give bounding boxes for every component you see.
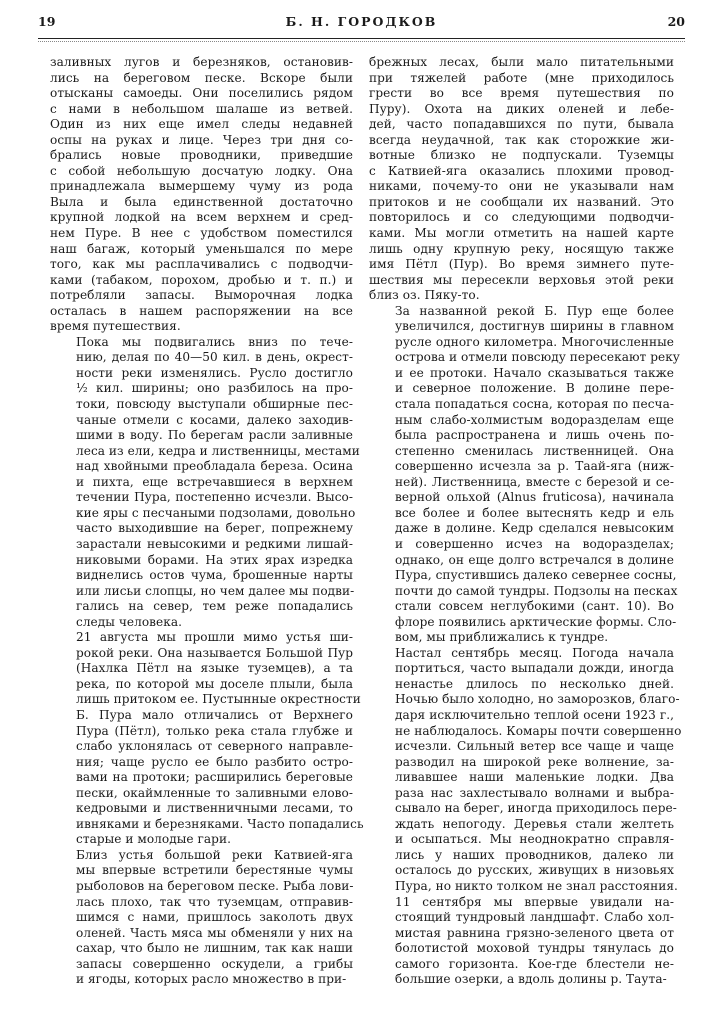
text-line: отысканы самоеды. Они поселились рядом — [50, 86, 353, 102]
text-line: Выла и была единственной достаточно — [50, 195, 353, 211]
text-line: осталось до русских, живущих в низовьях — [369, 863, 674, 879]
text-line: часто выходившие на берег, попрежнему — [50, 521, 353, 537]
text-line: все более и более вытеснять кедр и ель — [369, 506, 674, 522]
text-line: и ягоды, которых расло множество в при- — [50, 972, 353, 988]
text-line: разводил на широкой реке волнение, за- — [369, 755, 674, 771]
text-line: дей, часто попадавшихся по пути, бывала — [369, 117, 674, 133]
text-line: ности реки изменялись. Русло достигло — [50, 366, 353, 382]
text-line: шимся с нами, пришлось заколоть двух — [50, 910, 353, 926]
text-line: совершенно исчезла за р. Таай-яга (ниж- — [369, 459, 674, 475]
text-line: грести во все время путешествия по — [369, 86, 674, 102]
text-line: верной ольхой (Alnus fruticosa), начинал… — [369, 490, 674, 506]
text-line: Б. Пура мало отличались от Верхнего — [50, 708, 353, 724]
text-line: За названной рекой Б. Пур еще более — [369, 304, 674, 320]
text-line: (Нахлка Пётл на языке туземцев), а та — [50, 661, 353, 677]
text-line: брались новые проводники, приведшие — [50, 148, 353, 164]
text-line: даже в долине. Кедр сделался невысоким — [369, 521, 674, 537]
running-header: 19 Б. Н. ГОРОДКОВ 20 — [38, 14, 685, 34]
text-line: ками (табаком, порохом, дробью и т. п.) … — [50, 273, 353, 289]
text-line: крупной лодкой на всем верхнем и сред- — [50, 210, 353, 226]
text-line: запасы совершенно оскудели, а грибы — [50, 957, 353, 973]
text-line: самого горизонта. Кое-где блестели не- — [369, 957, 674, 973]
text-line: не наблюдалось. Комары почти совершенно — [369, 724, 674, 740]
text-line: и пихта, еще встречавшиеся в верхнем — [50, 475, 353, 491]
text-line: вами на протоки; расширились береговые — [50, 770, 353, 786]
text-line: никами, почему-то они не указывали нам — [369, 179, 674, 195]
text-line: ливавшее наши маленькие лодки. Два — [369, 770, 674, 786]
text-line: оленей. Часть мяса мы обменяли у них на — [50, 926, 353, 942]
text-line: вотные близко не подпускали. Туземцы — [369, 148, 674, 164]
paragraph: Близ устья большой реки Катвией-ягамы вп… — [50, 848, 353, 988]
text-line: ния; чаще русло ее было разбито остро- — [50, 755, 353, 771]
text-line: принадлежала вымершему чуму из рода — [50, 179, 353, 195]
text-line: наш багаж, который уменьшался по мере — [50, 242, 353, 258]
text-line: Один из них еще имел следы недавней — [50, 117, 353, 133]
text-line: почти до самой тундры. Подзолы на песках — [369, 584, 674, 600]
text-line: шествия мы пересекли верховья этой реки — [369, 273, 674, 289]
running-title: Б. Н. ГОРОДКОВ — [38, 14, 685, 29]
text-line: леса из ели, кедра и лиственницы, местам… — [50, 444, 353, 460]
text-line: и совершенно исчез на водоразделах; — [369, 537, 674, 553]
text-line: притоков и не сообщали их названий. Это — [369, 195, 674, 211]
text-line: Пура, спустившись далеко севернее сосны, — [369, 568, 674, 584]
text-line: лишь притоком ее. Пустынные окрестности — [50, 692, 353, 708]
text-line: Пуру). Охота на диких оленей и лебе- — [369, 102, 674, 118]
paragraph: 21 августа мы прошли мимо устья ши-рокой… — [50, 630, 353, 848]
text-line: брежных лесах, были мало питательными — [369, 55, 674, 71]
text-line: рыболовов на береговом песке. Рыба лови- — [50, 879, 353, 895]
text-line: с собой небольшую досчатую лодку. Она — [50, 164, 353, 180]
text-line: близ оз. Пяку-то. — [369, 288, 674, 304]
text-line: следы человека. — [50, 615, 353, 631]
text-line: шими в воду. По берегам расли заливные — [50, 428, 353, 444]
text-line: увеличился, достигнув ширины в главном — [369, 319, 674, 335]
text-line: ным слабо-холмистым водоразделам еще — [369, 413, 674, 429]
text-line: ивняками и березняками. Часто попадались — [50, 817, 353, 833]
text-line: имя Пётл (Пур). Во время зимнего путе- — [369, 257, 674, 273]
text-line: и осыпаться. Мы неоднократно справля- — [369, 832, 674, 848]
text-line: заливных лугов и березняков, остановив- — [50, 55, 353, 71]
text-line: при тяжелей работе (мне приходилось — [369, 71, 674, 87]
text-line: с Катвией-яга оказались плохими провод- — [369, 164, 674, 180]
text-line: рокой реки. Она называется Большой Пур — [50, 646, 353, 662]
text-line: виднелись остов чума, брошенные нарты — [50, 568, 353, 584]
text-line: степенно сменилась лиственницей. Она — [369, 444, 674, 460]
paragraph: 11 сентября мы впервые увидали на-стоящи… — [369, 895, 674, 988]
text-line: вом, мы приближались к тундре. — [369, 630, 674, 646]
text-line: Пока мы подвигались вниз по тече- — [50, 335, 353, 351]
text-line: чаные отмели с косами, далеко заходив- — [50, 413, 353, 429]
text-line: Настал сентябрь месяц. Погода начала — [369, 646, 674, 662]
right-column: брежных лесах, были мало питательнымипри… — [369, 55, 674, 988]
text-line: река, по которой мы доселе плыли, была — [50, 677, 353, 693]
text-line: 11 сентября мы впервые увидали на- — [369, 895, 674, 911]
page-number-right: 20 — [668, 14, 685, 29]
text-line: мы впервые встретили берестяные чумы — [50, 863, 353, 879]
text-line: того, как мы расплачивались с подводчи- — [50, 257, 353, 273]
text-line: ненастье длилось по несколько дней. — [369, 677, 674, 693]
text-line: сахар, что было не лишним, так как наши — [50, 941, 353, 957]
text-line: всегда неудачной, так как сторожкие жи- — [369, 133, 674, 149]
text-line: ней). Лиственница, вместе с березой и се… — [369, 475, 674, 491]
text-line: лишь одну крупную реку, носящую также — [369, 242, 674, 258]
text-line: оспы на руках и лице. Через три дня со- — [50, 133, 353, 149]
text-line: повторилось и со следующими подводчи- — [369, 210, 674, 226]
header-rule-secondary — [38, 41, 685, 42]
left-column: заливных лугов и березняков, остановив-л… — [50, 55, 353, 988]
text-line: зарастали невысокими и редкими лишай- — [50, 537, 353, 553]
text-line: русле одного километра. Многочисленные — [369, 335, 674, 351]
text-line: стала попадаться сосна, которая по песча… — [369, 397, 674, 413]
text-line: гались на север, тем реже попадались — [50, 599, 353, 615]
text-line: большие озерки, а вдоль долины р. Таута- — [369, 972, 674, 988]
text-line: нем Пуре. В нее с удобством поместился — [50, 226, 353, 242]
text-line: флоре появились арктические формы. Сло- — [369, 615, 674, 631]
paragraph: брежных лесах, были мало питательнымипри… — [369, 55, 674, 304]
text-line: Близ устья большой реки Катвией-яга — [50, 848, 353, 864]
text-line: Ночью было холодно, но заморозков, благо… — [369, 692, 674, 708]
text-line: сывало на берег, иногда приходилось пере… — [369, 801, 674, 817]
text-line: пески, окаймленные то заливными елово- — [50, 786, 353, 802]
text-line: кие яры с песчаными подзолами, довольно — [50, 506, 353, 522]
text-line: ждать непогоду. Деревья стали желтеть — [369, 817, 674, 833]
text-line: потребляли запасы. Выморочная лодка — [50, 288, 353, 304]
paragraph: Пока мы подвигались вниз по тече-нию, де… — [50, 335, 353, 630]
text-line: слабо уклонялась от северного направле- — [50, 739, 353, 755]
text-line: исчезли. Сильный ветер все чаще и чаще — [369, 739, 674, 755]
text-line: над хвойными преобладала береза. Осина — [50, 459, 353, 475]
text-line: ½ кил. ширины; оно разбилось на про- — [50, 381, 353, 397]
text-line: лась плохо, так что туземцам, отправив- — [50, 895, 353, 911]
text-line: стоящий тундровый ландшафт. Слабо хол- — [369, 910, 674, 926]
text-line: портиться, часто выпадали дожди, иногда — [369, 661, 674, 677]
text-line: даря исключительно теплой осени 1923 г., — [369, 708, 674, 724]
text-line: или лисьи слопцы, но чем далее мы подви- — [50, 584, 353, 600]
text-line: и северное положение. В долине пере- — [369, 381, 674, 397]
paragraph: За названной рекой Б. Пур еще болееувели… — [369, 304, 674, 646]
text-line: 21 августа мы прошли мимо устья ши- — [50, 630, 353, 646]
text-line: старые и молодые гари. — [50, 832, 353, 848]
paragraph: Настал сентябрь месяц. Погода началапорт… — [369, 646, 674, 895]
text-line: и ее протоки. Начало сказываться также — [369, 366, 674, 382]
text-line: никовыми борами. На этих ярах изредка — [50, 553, 353, 569]
text-line: лись у наших проводников, далеко ли — [369, 848, 674, 864]
text-line: ками. Мы могли отметить на нашей карте — [369, 226, 674, 242]
header-rule — [38, 38, 685, 39]
text-line: лись на береговом песке. Вскоре были — [50, 71, 353, 87]
text-line: токи, повсюду выступали обширные пес- — [50, 397, 353, 413]
text-line: нию, делая по 40—50 кил. в день, окрест- — [50, 350, 353, 366]
text-line: время путешествия. — [50, 319, 353, 335]
text-line: кедровыми и лиственничными лесами, то — [50, 801, 353, 817]
text-line: Пура, но никто толком не знал расстояния… — [369, 879, 674, 895]
text-line: стали совсем неглубокими (сант. 10). Во — [369, 599, 674, 615]
text-line: осталась в нашем распоряжении на все — [50, 304, 353, 320]
text-line: раза нас захлестывало волнами и выбра- — [369, 786, 674, 802]
text-line: мистая равнина грязно-зеленого цвета от — [369, 926, 674, 942]
paragraph: заливных лугов и березняков, остановив-л… — [50, 55, 353, 335]
text-line: Пура (Пётл), только река стала глубже и — [50, 724, 353, 740]
text-line: была распространена и лишь очень по- — [369, 428, 674, 444]
text-line: течении Пура, постепенно исчезли. Высо- — [50, 490, 353, 506]
text-line: болотистой моховой тундры тянулась до — [369, 941, 674, 957]
text-line: острова и отмели повсюду пересекают реку — [369, 350, 674, 366]
text-line: с нами в небольшом шалаше из ветвей. — [50, 102, 353, 118]
text-line: однако, он еще долго встречался в долине — [369, 553, 674, 569]
